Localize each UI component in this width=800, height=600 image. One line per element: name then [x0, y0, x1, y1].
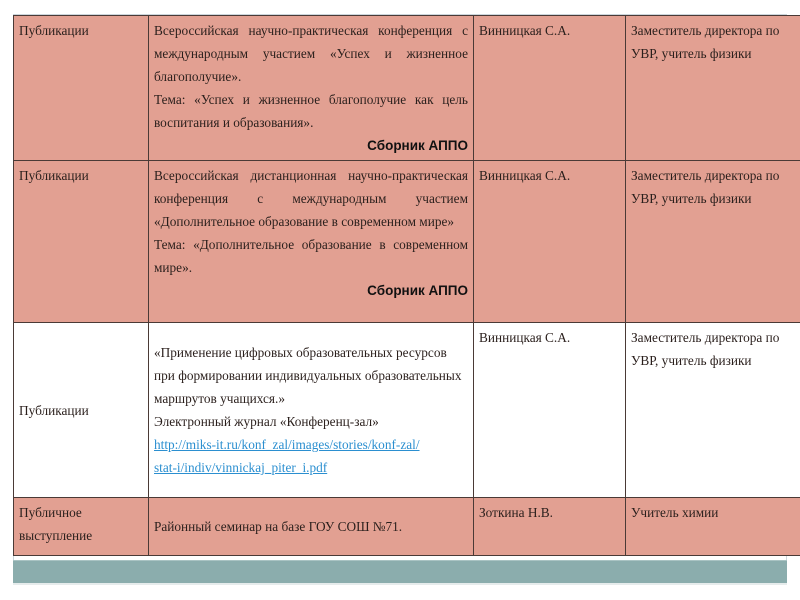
publications-table: Публикации Всероссийская научно-практиче… — [13, 15, 800, 556]
description-line: Тема: «Успех и жизненное благополучие ка… — [154, 88, 468, 134]
type-cell: Публикации — [14, 16, 149, 161]
position-cell: Заместитель директора по УВР, учитель фи… — [626, 323, 800, 498]
table-row: Публикации Всероссийская научно-практиче… — [14, 16, 800, 161]
description-line: Тема: «Дополнительное образование в совр… — [154, 233, 468, 279]
position-cell: Заместитель директора по УВР, учитель фи… — [626, 161, 800, 323]
footer-shadow — [13, 583, 787, 585]
description-line: Всероссийская научно-практическая конфер… — [154, 19, 468, 88]
link-text[interactable]: stat-i/indiv/vinnickaj_piter_i.pdf — [154, 460, 327, 475]
publication-link[interactable]: http://miks-it.ru/konf_zal/images/storie… — [154, 437, 420, 475]
type-cell: Публикации — [14, 323, 149, 498]
author-cell: Винницкая С.А. — [474, 323, 626, 498]
author-cell: Винницкая С.А. — [474, 16, 626, 161]
position-cell: Заместитель директора по УВР, учитель фи… — [626, 16, 800, 161]
description-cell: «Применение цифровых образовательных рес… — [149, 323, 474, 498]
description-line: Районный семинар на базе ГОУ СОШ №71. — [154, 515, 468, 538]
description-line: Электронный журнал «Конференц-зал» — [154, 410, 468, 433]
description-cell: Районный семинар на базе ГОУ СОШ №71. — [149, 498, 474, 556]
type-cell: Публичное выступление — [14, 498, 149, 556]
type-cell: Публикации — [14, 161, 149, 323]
description-line: Всероссийская дистанционная научно-практ… — [154, 164, 468, 233]
table-row: Публикации Всероссийская дистанционная н… — [14, 161, 800, 323]
link-text[interactable]: http://miks-it.ru/konf_zal/images/storie… — [154, 437, 420, 452]
source-label: Сборник АППО — [154, 134, 468, 157]
table-row: Публикации «Применение цифровых образова… — [14, 323, 800, 498]
description-cell: Всероссийская дистанционная научно-практ… — [149, 161, 474, 323]
author-cell: Зоткина Н.В. — [474, 498, 626, 556]
description-cell: Всероссийская научно-практическая конфер… — [149, 16, 474, 161]
footer-bar — [13, 560, 787, 583]
description-line: «Применение цифровых образовательных рес… — [154, 341, 468, 410]
table-row: Публичное выступление Районный семинар н… — [14, 498, 800, 556]
source-label: Сборник АППО — [154, 279, 468, 302]
author-cell: Винницкая С.А. — [474, 161, 626, 323]
position-cell: Учитель химии — [626, 498, 800, 556]
